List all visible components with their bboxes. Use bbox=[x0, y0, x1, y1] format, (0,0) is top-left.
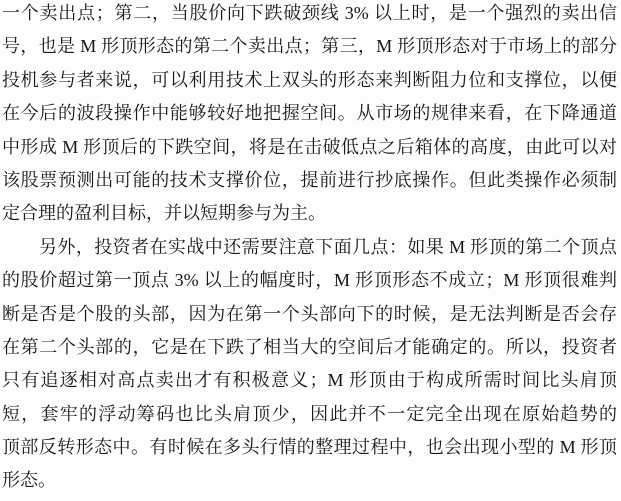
text-line: 只有追逐相对高点卖出才有积极意义；M 形顶由于构成所需时间比头肩顶 bbox=[2, 364, 617, 397]
text-line: 一个卖出点；第二，当股价向下跌破颈线 3% 以上时，是一个强烈的卖出信 bbox=[2, 0, 617, 30]
text-line: 号，也是 M 形顶形态的第二个卖出点；第三，M 形顶形态对于市场上的部分 bbox=[2, 30, 617, 63]
text-line: 中形成 M 形顶后的下跌空间，将是在击破低点之后箱体的高度，由此可以对 bbox=[2, 131, 617, 164]
page-text: 一个卖出点；第二，当股价向下跌破颈线 3% 以上时，是一个强烈的卖出信 号，也是… bbox=[2, 0, 617, 498]
text-line: 的股价超过第一顶点 3% 以上的幅度时，M 形顶形态不成立；M 形顶很难判 bbox=[2, 264, 617, 297]
text-line: 在今后的波段操作中能够较好地把握空间。从市场的规律来看，在下降通道 bbox=[2, 97, 617, 130]
text-line: 在第二个头部的，它是在下跌了相当大的空间后才能确定的。所以，投资者 bbox=[2, 331, 617, 364]
text-line: 另外，投资者在实战中还需要注意下面几点：如果 M 形顶的第二个顶点 bbox=[2, 231, 617, 264]
text-line: 断是否是个股的头部，因为在第一个头部向下的时候，是无法判断是否会存 bbox=[2, 298, 617, 331]
text-line: 该股票预测出可能的技术支撑价位，提前进行抄底操作。但此类操作必须制 bbox=[2, 164, 617, 197]
text-line: 形态。 bbox=[2, 464, 617, 497]
text-line: 投机参与者来说，可以利用技术上双头的形态来判断阻力位和支撑位，以便 bbox=[2, 64, 617, 97]
text-line: 短，套牢的浮动筹码也比头肩顶少，因此并不一定完全出现在原始趋势的 bbox=[2, 398, 617, 431]
scanned-page: 一个卖出点；第二，当股价向下跌破颈线 3% 以上时，是一个强烈的卖出信 号，也是… bbox=[0, 0, 621, 501]
text-line: 顶部反转形态中。有时候在多头行情的整理过程中，也会出现小型的 M 形顶 bbox=[2, 431, 617, 464]
text-line: 定合理的盈利目标，并以短期参与为主。 bbox=[2, 197, 617, 230]
